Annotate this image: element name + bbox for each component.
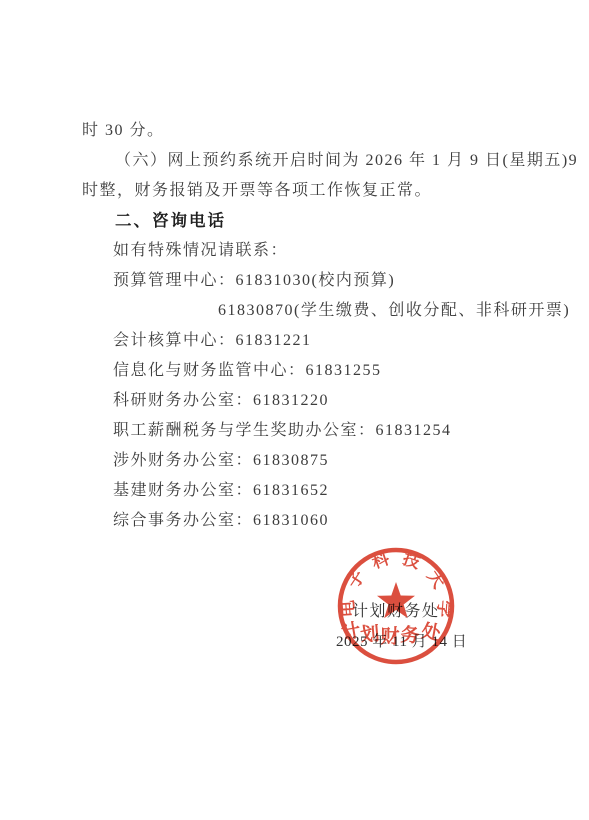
contact-phone: 61831030(校内预算): [236, 272, 396, 289]
contact-phone: 61831255: [306, 362, 382, 379]
contact-phone: 61830870(学生缴费、创收分配、非科研开票): [218, 302, 570, 319]
contact-phone: 61831254: [376, 422, 452, 439]
contact-label: 会计核算中心：: [113, 332, 236, 349]
contact-line-budget-center-2: 61830870(学生缴费、创收分配、非科研开票): [82, 296, 534, 326]
contact-phone: 61831652: [253, 482, 329, 499]
contact-label: 综合事务办公室：: [113, 512, 253, 529]
contact-label: 科研财务办公室：: [113, 392, 253, 409]
paragraph-item6-line1: （六）网上预约系统开启时间为 2026 年 1 月 9 日(星期五)9: [82, 146, 534, 176]
paragraph-tail-line: 时 30 分。: [82, 116, 534, 146]
contact-phone: 61830875: [253, 452, 329, 469]
contact-line-foreign-finance-office: 涉外财务办公室：61830875: [82, 446, 534, 476]
svg-text:务: 务: [400, 623, 421, 648]
svg-text:学: 学: [434, 600, 455, 618]
contact-line-budget-center: 预算管理中心：61831030(校内预算): [82, 266, 534, 296]
contact-line-payroll-tax-office: 职工薪酬税务与学生奖助办公室：61831254: [82, 416, 534, 446]
section-heading: 二、咨询电话: [82, 206, 534, 236]
svg-text:大: 大: [423, 567, 449, 592]
scanned-notice-page: 时 30 分。 （六）网上预约系统开启时间为 2026 年 1 月 9 日(星期…: [0, 0, 589, 820]
svg-text:划: 划: [359, 622, 380, 647]
contact-label: 基建财务办公室：: [113, 482, 253, 499]
contact-label: 涉外财务办公室：: [113, 452, 253, 469]
svg-text:电: 电: [337, 600, 358, 618]
seal-star-icon: [377, 582, 415, 618]
paragraph-item6-line2: 时整，财务报销及开票等各项工作恢复正常。: [82, 176, 534, 206]
svg-text:处: 处: [420, 619, 443, 645]
contact-label: 预算管理中心：: [113, 272, 236, 289]
contact-line-infrastructure-finance-office: 基建财务办公室：61831652: [82, 476, 534, 506]
contact-phone: 61831220: [253, 392, 329, 409]
svg-text:子: 子: [343, 567, 368, 592]
document-body: 时 30 分。 （六）网上预约系统开启时间为 2026 年 1 月 9 日(星期…: [82, 116, 534, 536]
contact-intro: 如有特殊情况请联系：: [82, 236, 534, 266]
svg-text:计: 计: [339, 618, 362, 644]
contact-line-research-finance-office: 科研财务办公室：61831220: [82, 386, 534, 416]
contact-line-accounting-center: 会计核算中心：61831221: [82, 326, 534, 356]
contact-label: 信息化与财务监管中心：: [113, 362, 306, 379]
contact-label: 职工薪酬税务与学生奖助办公室：: [113, 422, 376, 439]
official-seal: 电 子 科 技 大 学 计 划 财 务 处: [330, 540, 462, 672]
contact-phone: 61831221: [236, 332, 312, 349]
contact-line-it-supervision-center: 信息化与财务监管中心：61831255: [82, 356, 534, 386]
contact-phone: 61831060: [253, 512, 329, 529]
contact-line-general-affairs-office: 综合事务办公室：61831060: [82, 506, 534, 536]
svg-text:财: 财: [380, 625, 399, 648]
